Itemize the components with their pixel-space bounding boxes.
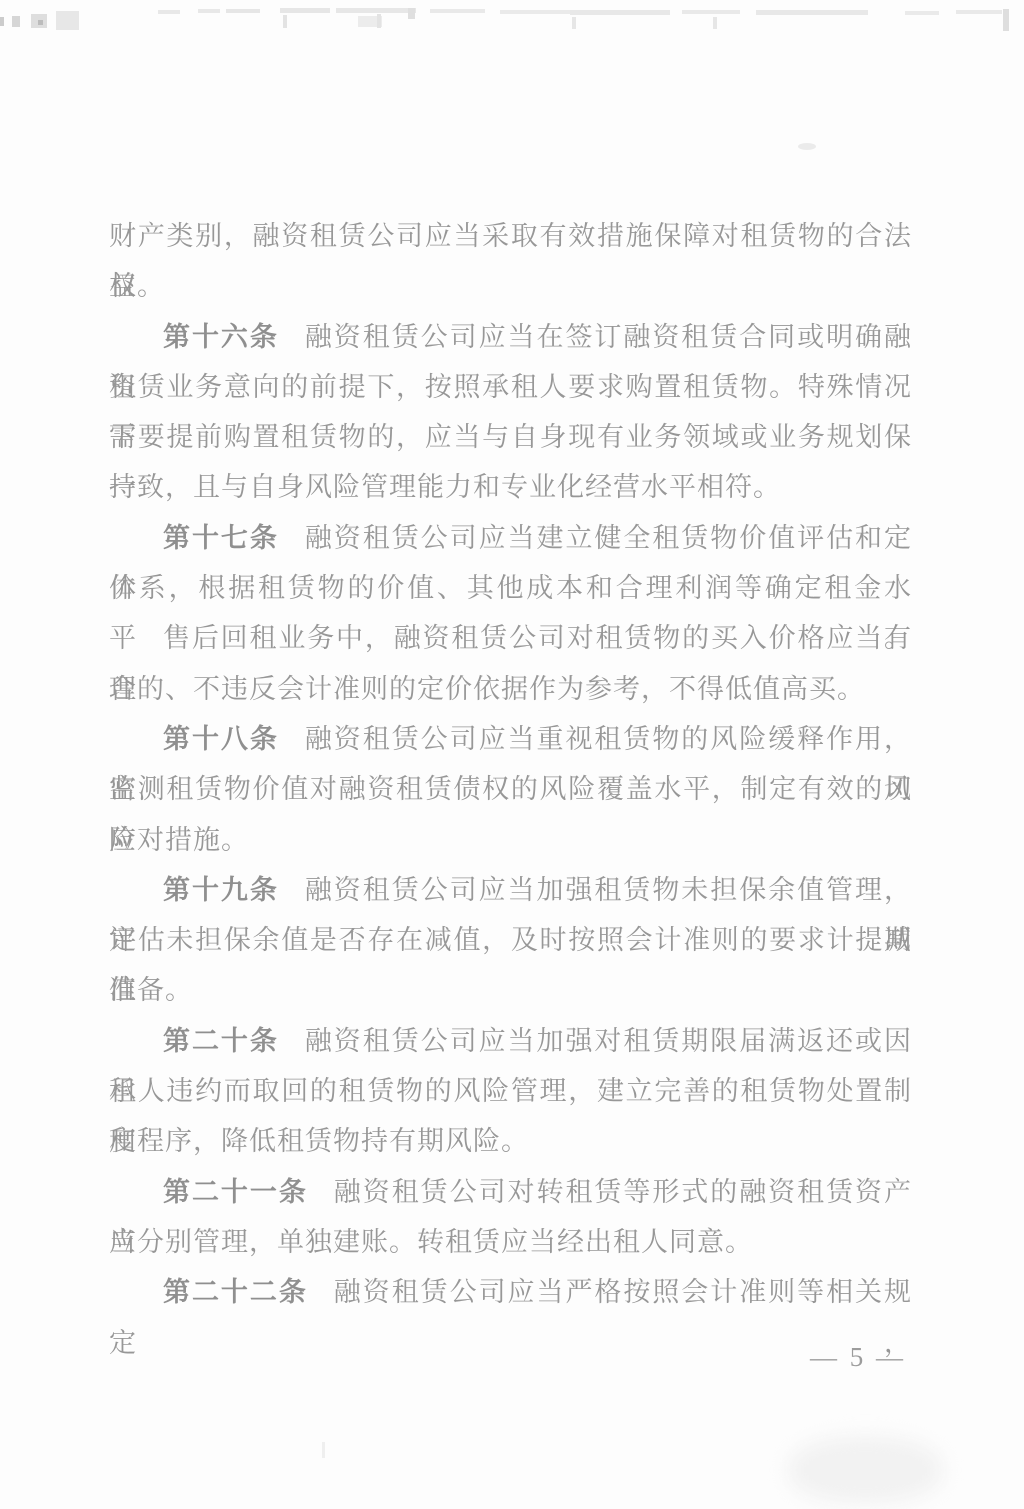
scan-artifact (322, 1442, 325, 1458)
doc-line: 第十八条融资租赁公司应当重视租赁物的风险缓释作用，密切 (109, 714, 912, 764)
scan-artifact (570, 10, 670, 15)
doc-line: 评估未担保余值是否存在减值，及时按照会计准则的要求计提减值 (109, 915, 912, 965)
scan-artifact (430, 9, 485, 13)
scan-artifact (56, 11, 79, 30)
doc-line: 租人违约而取回的租赁物的风险管理，建立完善的租赁物处置制度 (109, 1066, 912, 1116)
article-number: 第二十条 (163, 1026, 279, 1056)
scanned-document-page: 财产类别，融资租赁公司应当采取有效措施保障对租赁物的合法权 益。 第十六条融资租… (0, 0, 1024, 1509)
scan-artifact (198, 9, 220, 13)
doc-line: 第二十二条融资租赁公司应当严格按照会计准则等相关规定， (109, 1267, 912, 1317)
scan-artifact (377, 14, 381, 28)
doc-line: 第十六条融资租赁公司应当在签订融资租赁合同或明确融资 (109, 312, 912, 362)
doc-line: 第十九条融资租赁公司应当加强租赁物未担保余值管理，定期 (109, 865, 912, 915)
scan-artifact (280, 8, 330, 13)
scan-artifact (336, 8, 416, 13)
scan-artifact (713, 17, 717, 29)
scan-artifact (408, 8, 415, 19)
scan-artifact (0, 17, 4, 26)
doc-line: 准备。 (109, 965, 912, 1015)
article-number: 第十六条 (163, 322, 279, 352)
scan-artifact (572, 17, 576, 29)
line-text: 当分别管理，单独建账。转租赁应当经出租人同意。 (109, 1227, 753, 1257)
line-text: 理的、不违反会计准则的定价依据作为参考，不得低值高买。 (109, 674, 865, 704)
doc-line: 第十七条融资租赁公司应当建立健全租赁物价值评估和定价 (109, 513, 912, 563)
doc-line: 财产类别，融资租赁公司应当采取有效措施保障对租赁物的合法权 (109, 211, 912, 261)
doc-line: 监测租赁物价值对融资租赁债权的风险覆盖水平，制定有效的风险 (109, 764, 912, 814)
article-number: 第十八条 (163, 724, 279, 754)
scan-artifact (283, 15, 287, 28)
line-text: 准备。 (109, 975, 193, 1005)
line-text: 和程序，降低租赁物持有期风险。 (109, 1126, 529, 1156)
line-text: 应对措施。 (109, 825, 249, 855)
doc-line: 需要提前购置租赁物的，应当与自身现有业务领域或业务规划保持 (109, 412, 912, 462)
scan-artifact (956, 10, 1002, 14)
doc-line: 租赁业务意向的前提下，按照承租人要求购置租赁物。特殊情况下 (109, 362, 912, 412)
doc-line: 应对措施。 (109, 815, 912, 865)
article-number: 第二十一条 (163, 1177, 308, 1207)
article-number: 第二十二条 (163, 1277, 308, 1307)
doc-line: 体系，根据租赁物的价值、其他成本和合理利润等确定租金水平。 (109, 563, 912, 613)
scan-artifact (756, 10, 868, 15)
doc-line: 益。 (109, 261, 912, 311)
scan-artifact (1003, 9, 1009, 31)
doc-line: 第二十条融资租赁公司应当加强对租赁期限届满返还或因承 (109, 1016, 912, 1066)
doc-line: 理的、不违反会计准则的定价依据作为参考，不得低值高买。 (109, 664, 912, 714)
doc-line: 和程序，降低租赁物持有期风险。 (109, 1116, 912, 1166)
line-text: 一致，且与自身风险管理能力和专业化经营水平相符。 (109, 472, 781, 502)
doc-line: 售后回租业务中，融资租赁公司对租赁物的买入价格应当有合 (109, 613, 912, 663)
document-body: 财产类别，融资租赁公司应当采取有效措施保障对租赁物的合法权 益。 第十六条融资租… (109, 211, 912, 1318)
scan-artifact (158, 10, 180, 14)
scan-artifact (798, 143, 816, 150)
scan-artifact (788, 1436, 943, 1504)
scan-artifact (12, 16, 20, 27)
scan-artifact (226, 9, 260, 13)
article-number: 第十七条 (163, 523, 279, 553)
doc-line: 第二十一条融资租赁公司对转租赁等形式的融资租赁资产应 (109, 1167, 912, 1217)
scan-artifact (38, 20, 43, 25)
scan-artifact (682, 10, 740, 14)
page-number: — 5 — (810, 1342, 906, 1372)
line-text: 益。 (109, 271, 165, 301)
doc-line: 一致，且与自身风险管理能力和专业化经营水平相符。 (109, 462, 912, 512)
doc-line: 当分别管理，单独建账。转租赁应当经出租人同意。 (109, 1217, 912, 1267)
scan-artifact (905, 11, 939, 15)
article-number: 第十九条 (163, 875, 279, 905)
